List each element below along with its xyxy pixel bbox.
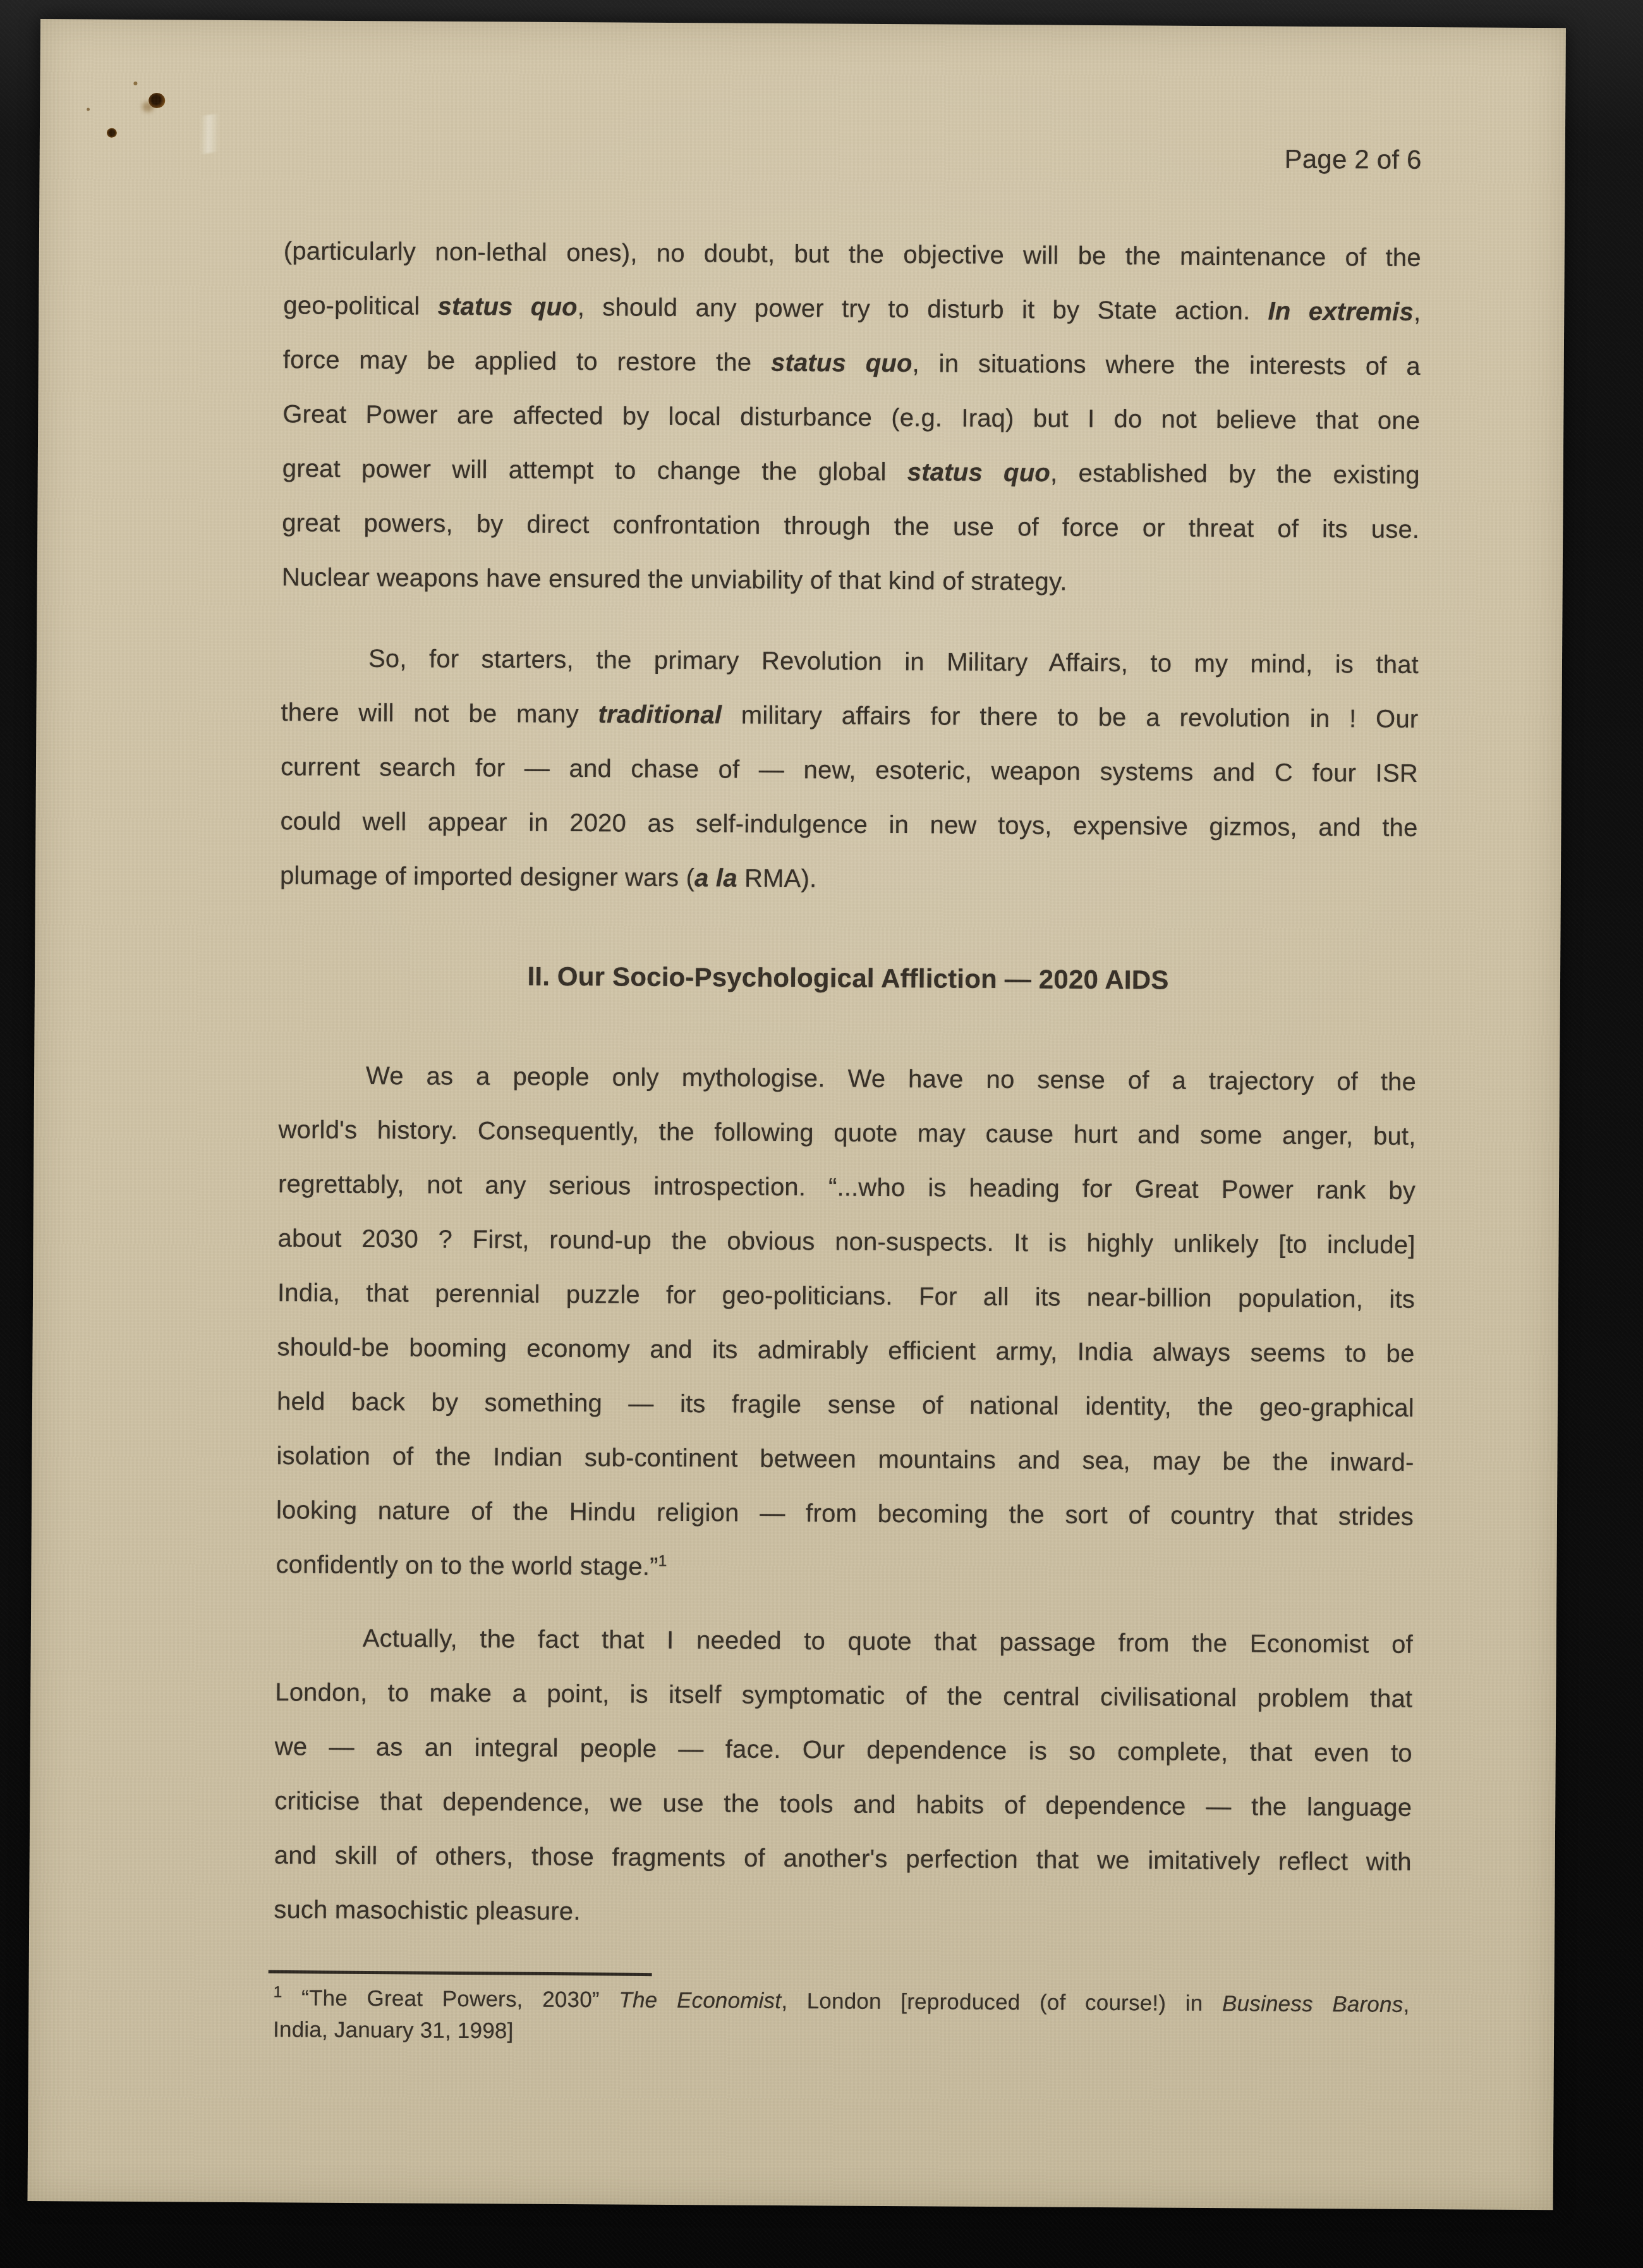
page-number: Page 2 of 6 — [284, 137, 1422, 176]
text-line: Actually, the fact that I needed to quot… — [276, 1611, 1413, 1672]
section-heading: II. Our Socio-Psychological Affliction —… — [279, 954, 1417, 1002]
footnote: 1 “The Great Powers, 2030” The Economist… — [273, 1970, 1410, 2052]
text-line: (particularly non-lethal ones), no doubt… — [284, 224, 1421, 285]
body-text: current search for — and chase of — new,… — [281, 753, 1418, 788]
page-content: Page 2 of 6 (particularly non-lethal one… — [28, 19, 1566, 2210]
body-text: confidently on to the world stage.” — [276, 1551, 658, 1581]
text-line: we — as an integral people — face. Our d… — [275, 1719, 1412, 1781]
body-text: criticise that dependence, we use the to… — [274, 1787, 1412, 1822]
body-text: should-be booming economy and its admira… — [277, 1333, 1414, 1368]
emphasis-text: status quo — [437, 293, 577, 321]
text-line: Nuclear weapons have ensured the unviabi… — [282, 550, 1419, 611]
body-text: So, for starters, the primary Revolution… — [368, 645, 1419, 679]
text-line: could well appear in 2020 as self-indulg… — [280, 794, 1417, 855]
body-text: world's history. Consequently, the follo… — [278, 1116, 1416, 1150]
text-line: and skill of others, those fragments of … — [274, 1828, 1412, 1889]
body-text: looking nature of the Hindu religion — f… — [276, 1496, 1414, 1531]
text-line: such masochistic pleasure. — [274, 1882, 1411, 1944]
body-text: about 2030 ? First, round-up the obvious… — [277, 1224, 1415, 1259]
body-text: isolation of the Indian sub-continent be… — [276, 1442, 1414, 1477]
body-text: RMA). — [737, 865, 817, 893]
body-text: military affairs for there to be a revol… — [722, 701, 1419, 733]
footnote-marker: 1 — [658, 1552, 667, 1570]
text-line: We as a people only mythologise. We have… — [279, 1048, 1416, 1109]
text-column: (particularly non-lethal ones), no doubt… — [274, 224, 1421, 1944]
body-text: (particularly non-lethal ones), no doubt… — [284, 237, 1421, 272]
body-text: , London [reproduced (of course!) in — [781, 1989, 1222, 2016]
text-line: isolation of the Indian sub-continent be… — [276, 1429, 1414, 1490]
body-text: , established by the existing — [1050, 459, 1420, 489]
body-text: could well appear in 2020 as self-indulg… — [280, 807, 1417, 842]
paragraph: (particularly non-lethal ones), no doubt… — [282, 224, 1422, 611]
body-text: , — [1403, 1992, 1409, 2017]
paragraph: So, for starters, the primary Revolution… — [280, 631, 1419, 910]
body-text: there will not be many — [281, 698, 598, 728]
scan-background: { "page_label": "Page 2 of 6", "blocks":… — [0, 0, 1643, 2268]
footnote-separator-rule — [269, 1970, 652, 1976]
body-text: , should any power try to disturb it by … — [578, 293, 1268, 325]
text-line: London, to make a point, is itself sympt… — [275, 1665, 1412, 1726]
text-line: confidently on to the world stage.”1 — [276, 1537, 1413, 1599]
body-text: The Economist — [619, 1987, 781, 2013]
emphasis-text: status quo — [771, 349, 912, 377]
emphasis-text: a la — [694, 864, 737, 892]
text-line: plumage of imported designer wars (a la … — [280, 848, 1417, 910]
body-text: and skill of others, those fragments of … — [274, 1841, 1412, 1876]
footnote-marker: 1 — [273, 1984, 282, 2001]
emphasis-text: status quo — [907, 458, 1050, 487]
body-text: , — [1414, 298, 1421, 326]
text-line: force may be applied to restore the stat… — [283, 332, 1421, 394]
body-text: held back by something — its fragile sen… — [277, 1387, 1414, 1422]
text-line: So, for starters, the primary Revolution… — [281, 631, 1419, 692]
body-text: we — as an integral people — face. Our d… — [275, 1733, 1412, 1767]
text-line: great power will attempt to change the g… — [282, 441, 1420, 503]
text-line: great powers, by direct confrontation th… — [282, 496, 1419, 557]
text-line: Great Power are affected by local distur… — [282, 387, 1420, 448]
text-line: world's history. Consequently, the follo… — [278, 1102, 1416, 1164]
paragraph: Actually, the fact that I needed to quot… — [274, 1611, 1413, 1944]
text-line: regrettably, not any serious introspecti… — [278, 1157, 1416, 1218]
body-text: regrettably, not any serious introspecti… — [278, 1170, 1416, 1205]
body-text: India, January 31, 1998] — [273, 2017, 514, 2043]
body-text: India, that perennial puzzle for geo-pol… — [277, 1279, 1415, 1314]
body-text: Great Power are affected by local distur… — [282, 400, 1420, 435]
text-line: criticise that dependence, we use the to… — [274, 1774, 1412, 1835]
body-text: great powers, by direct confrontation th… — [282, 509, 1419, 544]
body-text: great power will attempt to change the g… — [282, 454, 907, 486]
body-text: force may be applied to restore the — [283, 346, 771, 377]
paragraph: We as a people only mythologise. We have… — [276, 1048, 1416, 1599]
emphasis-text: In extremis — [1268, 298, 1414, 326]
text-line: India, January 31, 1998] — [273, 2014, 1409, 2052]
text-line: about 2030 ? First, round-up the obvious… — [277, 1211, 1415, 1272]
body-text: geo-political — [283, 291, 438, 320]
text-line: geo-political status quo, should any pow… — [283, 278, 1421, 339]
body-text: “The Great Powers, 2030” — [282, 1985, 619, 2012]
emphasis-text: traditional — [598, 700, 722, 729]
body-text: plumage of imported designer wars ( — [280, 862, 694, 892]
footnote-lines: 1 “The Great Powers, 2030” The Economist… — [273, 1982, 1410, 2052]
text-line: held back by something — its fragile sen… — [277, 1374, 1414, 1436]
text-line: there will not be many traditional milit… — [281, 685, 1418, 747]
body-text: such masochistic pleasure. — [274, 1896, 581, 1925]
body-text: We as a people only mythologise. We have… — [366, 1062, 1416, 1096]
body-text: London, to make a point, is itself sympt… — [275, 1678, 1412, 1713]
text-line: India, that perennial puzzle for geo-pol… — [277, 1265, 1415, 1327]
body-text: Nuclear weapons have ensured the unviabi… — [282, 563, 1067, 595]
body-text: Actually, the fact that I needed to quot… — [363, 1625, 1413, 1659]
body-text: Business Barons — [1222, 1991, 1404, 2017]
body-text: , in situations where the interests of a — [912, 350, 1421, 381]
text-line: looking nature of the Hindu religion — f… — [276, 1483, 1414, 1544]
text-line: should-be booming economy and its admira… — [277, 1320, 1414, 1381]
scanned-page: Page 2 of 6 (particularly non-lethal one… — [28, 19, 1566, 2210]
text-line: current search for — and chase of — new,… — [281, 740, 1418, 801]
